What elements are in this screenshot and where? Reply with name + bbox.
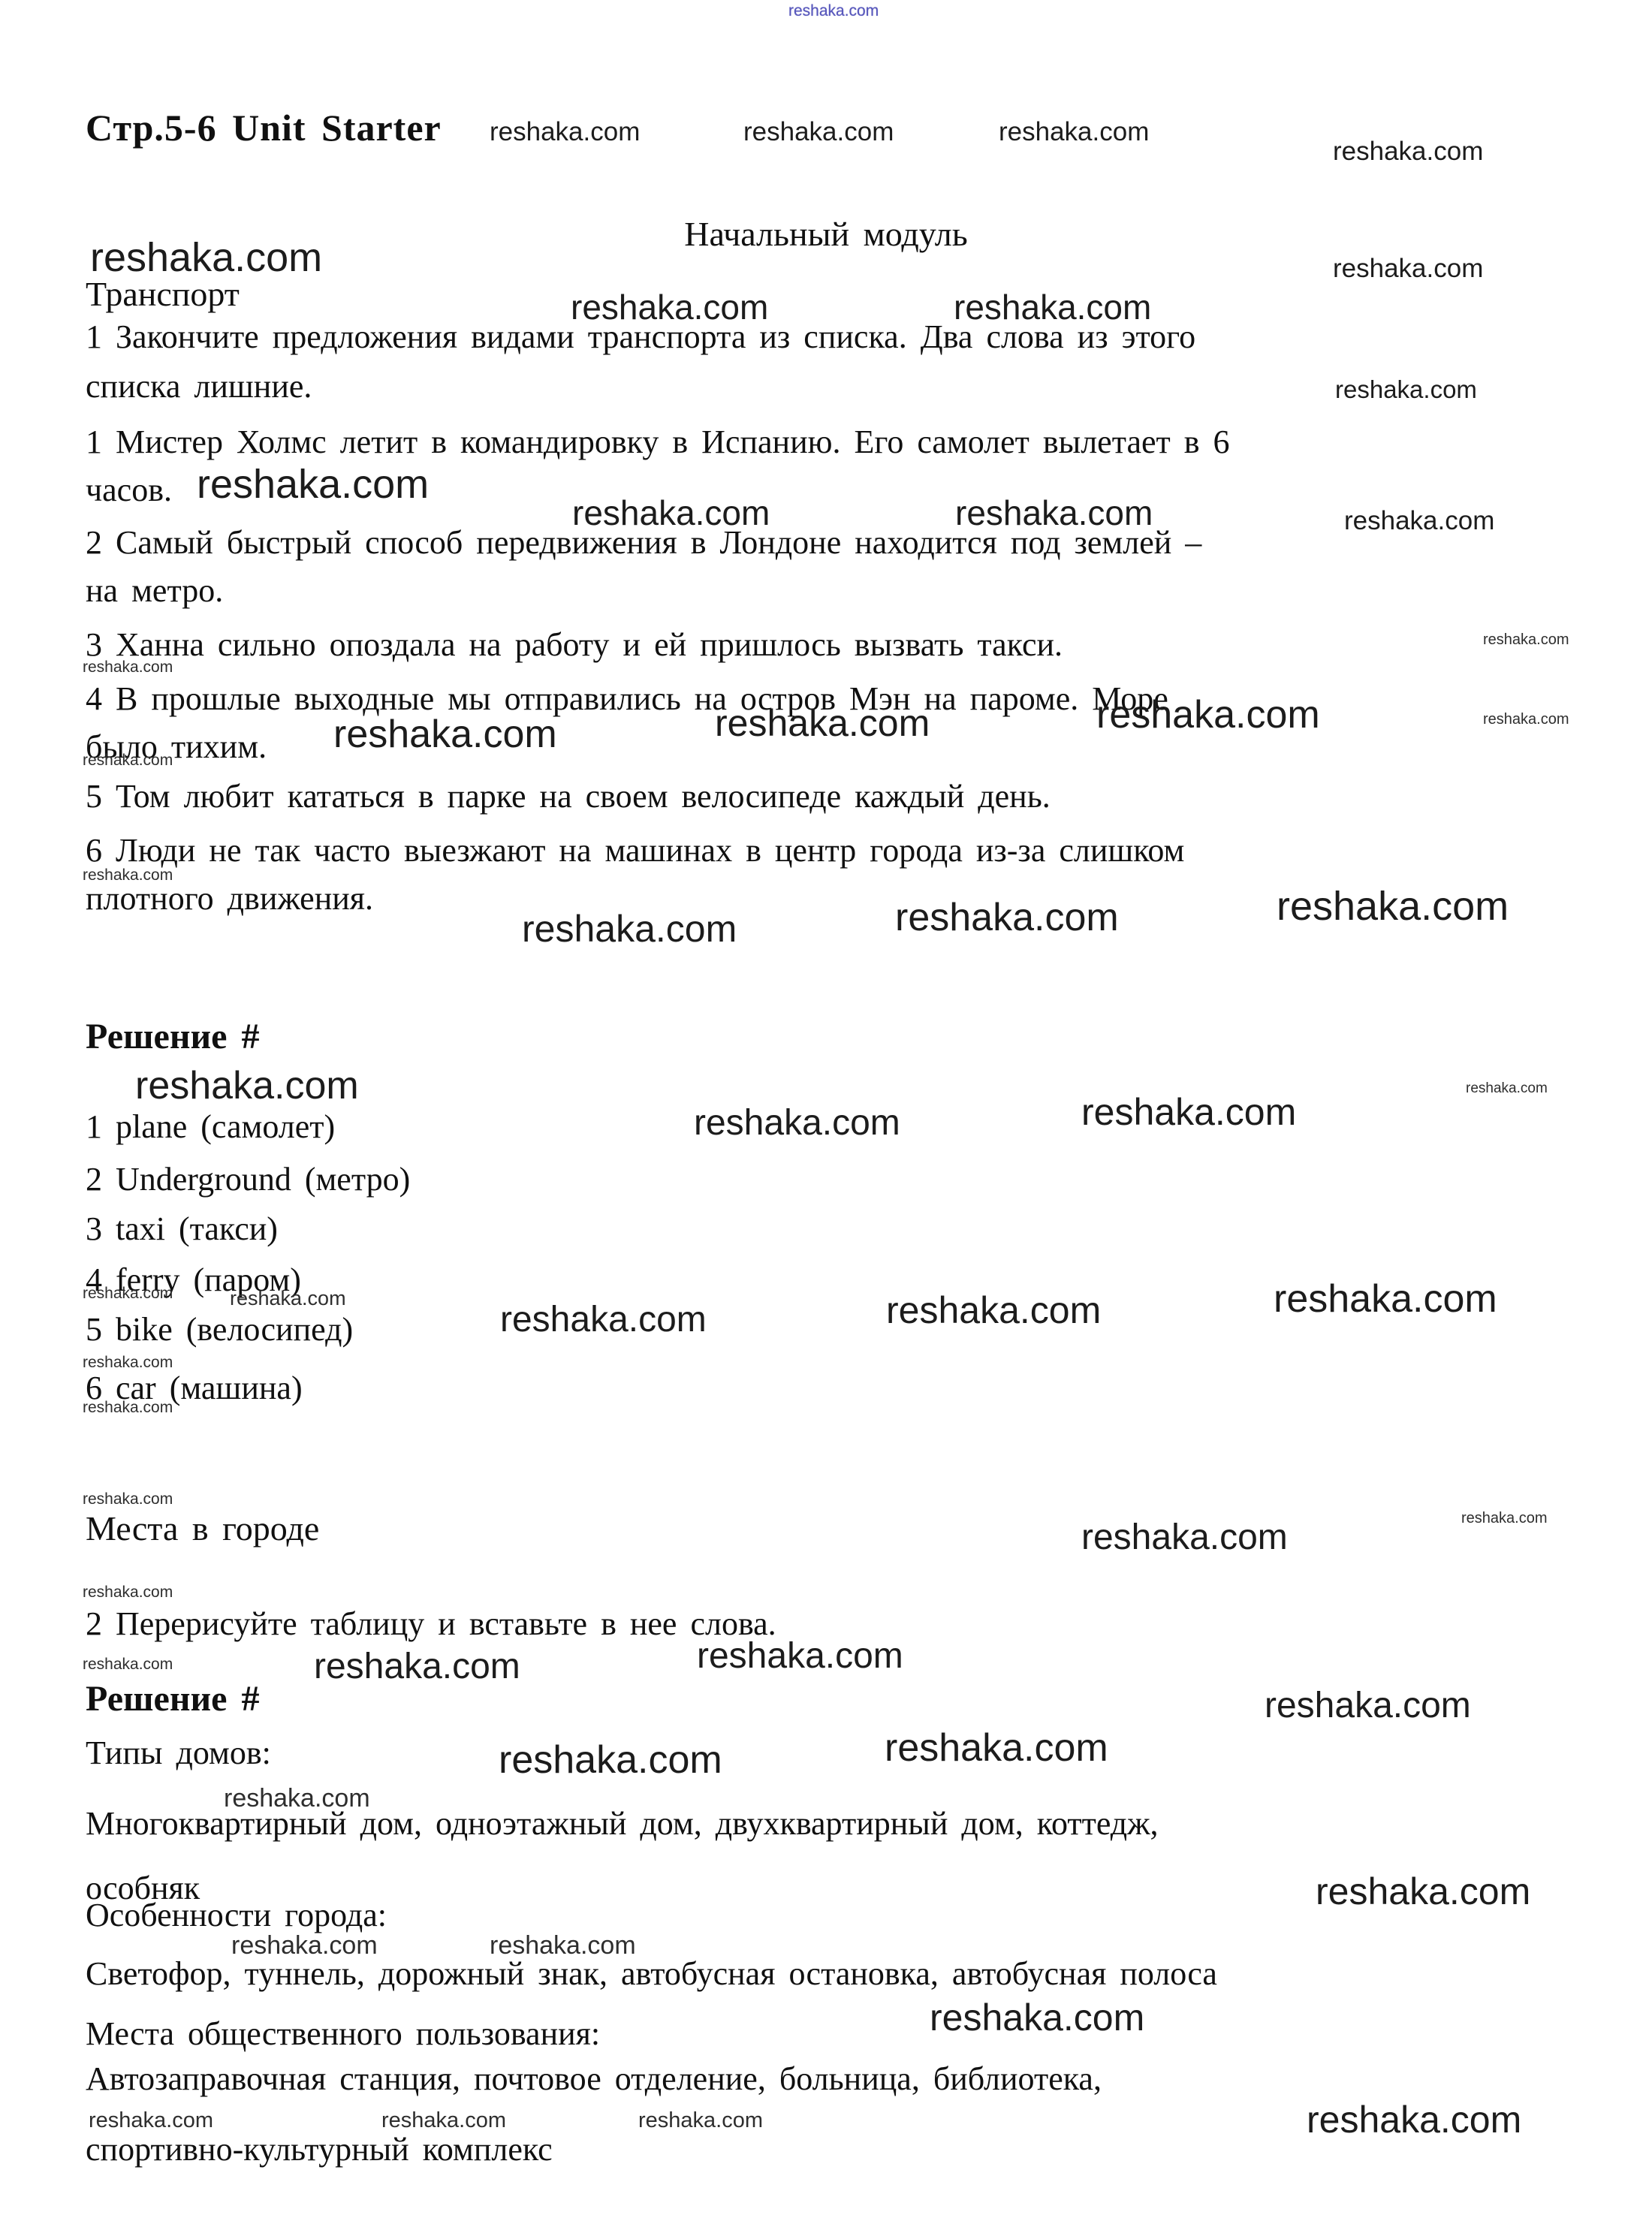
section-heading-transport: Транспорт [86,275,240,314]
watermark: reshaka.com [697,1638,903,1674]
sentence-1-line-1: 1 Мистер Холмс летит в командировку в Ис… [86,423,1566,460]
watermark: reshaka.com [1081,1520,1288,1556]
category-line-public-places-2: спортивно-культурный комплекс [86,2131,553,2168]
watermark: reshaka.com [135,1066,359,1105]
watermark: reshaka.com [83,1656,173,1672]
section-heading-places: Места в городе [86,1509,319,1548]
watermark: reshaka.com [1335,377,1477,402]
watermark: reshaka.com [886,1291,1101,1329]
watermark: reshaka.com [1265,1688,1471,1724]
watermark: reshaka.com [895,898,1119,937]
watermark: reshaka.com [490,1933,636,1958]
watermark: reshaka.com [1466,1081,1548,1095]
sentence-6-line-1: 6 Люди не так часто выезжают на машинах … [86,832,1566,869]
solution-heading: Решение # [86,1679,259,1719]
watermark: reshaka.com [1096,695,1320,734]
watermark: reshaka.com [90,237,322,278]
watermark: reshaka.com [83,1584,173,1600]
watermark: reshaka.com [231,1933,378,1958]
category-line-house-types: Многоквартирный дом, одноэтажный дом, дв… [86,1805,1566,1842]
category-line-public-places: Автозаправочная станция, почтовое отделе… [86,2060,1566,2097]
watermark: reshaka.com [1274,1279,1497,1318]
watermark: reshaka.com [490,119,640,145]
category-label-house-types: Типы домов: [86,1734,271,1771]
answer-item-5: 5 bike (велосипед) [86,1311,353,1348]
watermark: reshaka.com [381,2110,506,2132]
watermark: reshaka.com [1461,1511,1548,1526]
answer-item-1: 1 plane (самолет) [86,1108,335,1145]
watermark: reshaka.com [1081,1093,1296,1131]
watermark: reshaka.com [333,715,557,754]
watermark: reshaka.com [788,3,879,19]
task-line: 2 Перерисуйте таблицу и вставьте в нее с… [86,1605,776,1642]
watermark: reshaka.com [743,119,894,145]
watermark: reshaka.com [83,1491,173,1507]
watermark: reshaka.com [930,1999,1144,2036]
watermark: reshaka.com [694,1105,900,1141]
watermark: reshaka.com [885,1728,1108,1767]
sentence-2-line-2: на метро. [86,572,223,609]
watermark: reshaka.com [1483,712,1569,727]
watermark: reshaka.com [1333,138,1483,164]
answer-item-2: 2 Underground (метро) [86,1161,410,1198]
watermark: reshaka.com [83,752,173,768]
sentence-3: 3 Ханна сильно опоздала на работу и ей п… [86,626,1063,663]
watermark: reshaka.com [1483,632,1569,647]
watermark: reshaka.com [500,1302,707,1338]
task-line-2: списка лишние. [86,368,312,405]
watermark: reshaka.com [1277,886,1509,927]
watermark: reshaka.com [230,1288,346,1309]
watermark: reshaka.com [83,1285,173,1301]
watermark: reshaka.com [197,464,429,505]
watermark: reshaka.com [83,659,173,675]
sentence-5: 5 Том любит кататься в парке на своем ве… [86,778,1051,815]
task-line-1: 1 Закончите предложения видами транспорт… [86,318,1566,355]
sentence-6-line-2: плотного движения. [86,880,373,917]
document-page: reshaka.com Стр.5-6 Unit Starter reshaka… [0,0,1652,2215]
sentence-2-line-1: 2 Самый быстрый способ передвижения в Ло… [86,524,1566,561]
watermark: reshaka.com [715,704,930,742]
watermark: reshaka.com [522,910,737,948]
category-label-public-places: Места общественного пользования: [86,2015,600,2052]
category-line-city-features: Светофор, туннель, дорожный знак, автобу… [86,1955,1566,1992]
watermark: reshaka.com [999,119,1149,145]
solution-heading: Решение # [86,1017,259,1057]
watermark: reshaka.com [83,1400,173,1415]
sentence-1-line-2: часов. [86,472,172,508]
watermark: reshaka.com [1316,1873,1530,1910]
page-title: Стр.5-6 Unit Starter [86,107,442,149]
watermark: reshaka.com [1333,255,1483,282]
category-label-city-features: Особенности города: [86,1897,387,1933]
watermark: reshaka.com [499,1740,722,1780]
watermark: reshaka.com [638,2110,763,2132]
watermark: reshaka.com [314,1649,520,1685]
watermark: reshaka.com [1307,2101,1521,2138]
answer-item-3: 3 taxi (такси) [86,1210,278,1247]
watermark: reshaka.com [83,1355,173,1370]
watermark: reshaka.com [89,2110,213,2132]
